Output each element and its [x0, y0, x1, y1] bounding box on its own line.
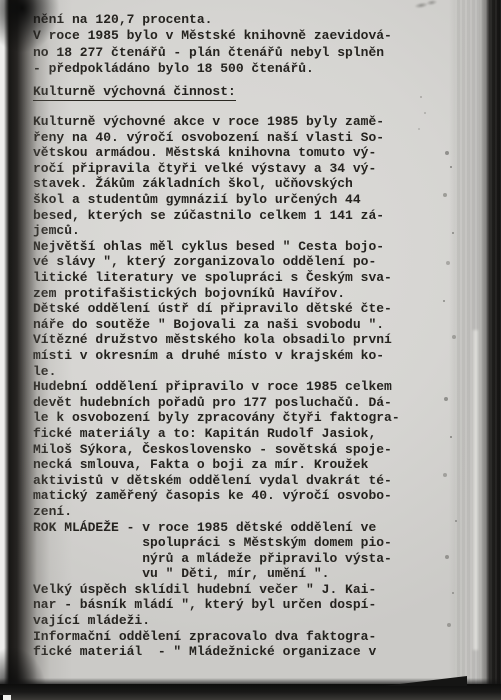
text-line: vající mládeži.	[33, 613, 453, 629]
text-line: aktivistů v dětském oddělení vydal dvakr…	[33, 473, 453, 489]
section-heading: Kulturně výchovná činnost:	[33, 85, 236, 102]
text-line: Velký úspěch sklídil hudební večer " J. …	[33, 582, 453, 598]
text-line: nění na 120,7 procenta.	[33, 12, 453, 28]
text-line: nýrů a mládeže připravilo výsta-	[33, 551, 453, 567]
text-line: vé slávy ", který zorganizovalo oddělení…	[33, 254, 453, 270]
text-line: matický zaměřený časopis ke 40. výročí o…	[33, 488, 453, 504]
body-paragraphs: Kulturně výchovné akce v roce 1985 byly …	[33, 114, 453, 660]
text-line: Dětské oddělení ústř dí připravilo dětsk…	[33, 301, 453, 317]
text-line: Hudební oddělení připravilo v roce 1985 …	[33, 379, 453, 395]
text-line: Největší ohlas měl cyklus besed " Cesta …	[33, 239, 453, 255]
text-line: Kulturně výchovné akce v roce 1985 byly …	[33, 114, 453, 130]
text-line: litické literatury ve spolupráci s Český…	[33, 270, 453, 286]
bottom-scan-bar	[0, 684, 501, 700]
text-line: vu " Děti, mír, umění ".	[33, 566, 453, 582]
text-line: spolupráci s Městským domem pio-	[33, 535, 453, 551]
text-line: necká smlouva, Fakta o boji za mír. Krou…	[33, 457, 453, 473]
scan-dust-specks	[0, 0, 2, 2]
text-line: zem protifašistických bojovníků Havířov.	[33, 286, 453, 302]
text-line: zení.	[33, 504, 453, 520]
scanned-document-page: nění na 120,7 procenta.V roce 1985 bylo …	[0, 0, 501, 700]
text-line: le k osvobození byly zpracovány čtyři fa…	[33, 410, 453, 426]
text-line: ROK MLÁDEŽE - v roce 1985 dětské oddělen…	[33, 520, 453, 536]
text-line: le.	[33, 364, 453, 380]
text-line: fické materiál - " Mládežnické organizac…	[33, 644, 453, 660]
text-line: větskou armádou. Městská knihovna tomuto…	[33, 145, 453, 161]
text-line: místi v okresním a druhé místo v krajské…	[33, 348, 453, 364]
typewritten-text: nění na 120,7 procenta.V roce 1985 bylo …	[33, 12, 453, 660]
text-line: Miloš Sýkora, Československo - sovětská …	[33, 442, 453, 458]
text-line: V roce 1985 bylo v Městské knihovně zaev…	[33, 28, 453, 44]
bottom-left-corner-notch	[0, 695, 11, 700]
text-line: fické materiály a to: Kapitán Rudolf Jas…	[33, 426, 453, 442]
text-line: besed, kterých se zúčastnilo celkem 1 14…	[33, 208, 453, 224]
section-heading-row: Kulturně výchovná činnost:	[33, 85, 453, 102]
text-line: Vítězné družstvo městského kola obsadilo…	[33, 332, 453, 348]
text-line: nar - básník mládí ", který byl určen do…	[33, 597, 453, 613]
page-number-smudge	[413, 0, 438, 11]
text-line: devět hudebních pořadů pro 177 posluchač…	[33, 395, 453, 411]
text-line: ročí připravila čtyři velké výstavy a 34…	[33, 161, 453, 177]
text-line: stavek. Žákům základních škol, učňovskýc…	[33, 176, 453, 192]
text-line: řeny na 40. výročí osvobození naší vlast…	[33, 130, 453, 146]
right-page-edge	[449, 0, 501, 700]
text-line: škol a studentům gymnázií bylo určených …	[33, 192, 453, 208]
text-line: náře do soutěže " Bojovali za naši svobo…	[33, 317, 453, 333]
text-line: - předpokládáno bylo 18 500 čtenářů.	[33, 61, 453, 77]
text-line: Informační oddělení zpracovalo dva fakto…	[33, 629, 453, 645]
intro-paragraph: nění na 120,7 procenta.V roce 1985 bylo …	[33, 12, 453, 78]
text-line: no 18 277 čtenářů - plán čtenářů nebyl s…	[33, 45, 453, 61]
text-line: jemců.	[33, 223, 453, 239]
